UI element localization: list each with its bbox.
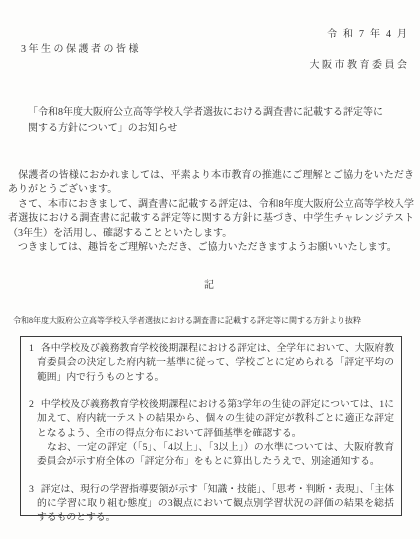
sender-line: 大阪市教育委員会	[310, 56, 410, 71]
policy-item-1-paragraph: 各中学校及び義務教育学校後期課程における評定は、全学年において、大阪府教育委員会…	[37, 343, 394, 383]
recipient-line: 3年生の保護者の皆様	[21, 40, 141, 55]
policy-item-1-text: 1各中学校及び義務教育学校後期課程における評定は、全学年において、大阪府教育委員…	[29, 342, 394, 385]
policy-item-1: 1各中学校及び義務教育学校後期課程における評定は、全学年において、大阪府教育委員…	[29, 342, 394, 385]
policy-item-2-number: 2	[29, 399, 34, 410]
policy-item-3: 3評定は、現行の学習指導要領が示す「知識・技能」、「思考・判断・表現」、「主体的…	[29, 483, 394, 526]
document-page: 令和7年4月 3年生の保護者の皆様 大阪市教育委員会 「令和8年度大阪府公立高等…	[0, 0, 420, 539]
policy-item-1-number: 1	[29, 343, 34, 354]
policy-item-2-paragraph: 中学校及び義務教育学校後期課程における第3学年の生徒の評定については、1に加えて…	[37, 399, 394, 439]
policy-item-2: 2中学校及び義務教育学校後期課程における第3学年の生徒の評定については、1に加え…	[29, 398, 394, 470]
policy-item-2-text: 2中学校及び義務教育学校後期課程における第3学年の生徒の評定については、1に加え…	[29, 398, 394, 441]
body-paragraph-1: 保護者の皆様におかれましては、平素より本市教育の推進にご理解とご協力をいただきあ…	[8, 169, 414, 198]
policy-item-2-note: なお、一定の評定（「5」、「4以上」、「3以上」）の水準については、大阪府教育委…	[29, 441, 394, 470]
notice-title: 「令和8年度大阪府公立高等学校入学者選抜における調査書に記載する評定等に関する方…	[28, 105, 386, 137]
date-line: 令和7年4月	[327, 25, 413, 40]
body-paragraph-2: さて、本市におきまして、調査書に記載する評定は、令和8年度大阪府公立高等学校入学…	[8, 198, 414, 241]
policy-item-3-text: 3評定は、現行の学習指導要領が示す「知識・技能」、「思考・判断・表現」、「主体的…	[29, 483, 394, 526]
policy-item-3-paragraph: 評定は、現行の学習指導要領が示す「知識・技能」、「思考・判断・表現」、「主体的に…	[37, 484, 394, 524]
excerpt-caption: 令和8年度大阪府公立高等学校入学者選抜における調査書に記載する評定等に関する方針…	[13, 315, 361, 326]
body-text: 保護者の皆様におかれましては、平素より本市教育の推進にご理解とご協力をいただきあ…	[8, 169, 414, 255]
policy-item-3-number: 3	[29, 484, 34, 495]
ki-heading: 記	[0, 276, 420, 291]
body-paragraph-3: つきましては、趣旨をご理解いただき、ご協力いただきますようお願いいたします。	[8, 241, 414, 255]
policy-box: 1各中学校及び義務教育学校後期課程における評定は、全学年において、大阪府教育委員…	[20, 336, 402, 516]
